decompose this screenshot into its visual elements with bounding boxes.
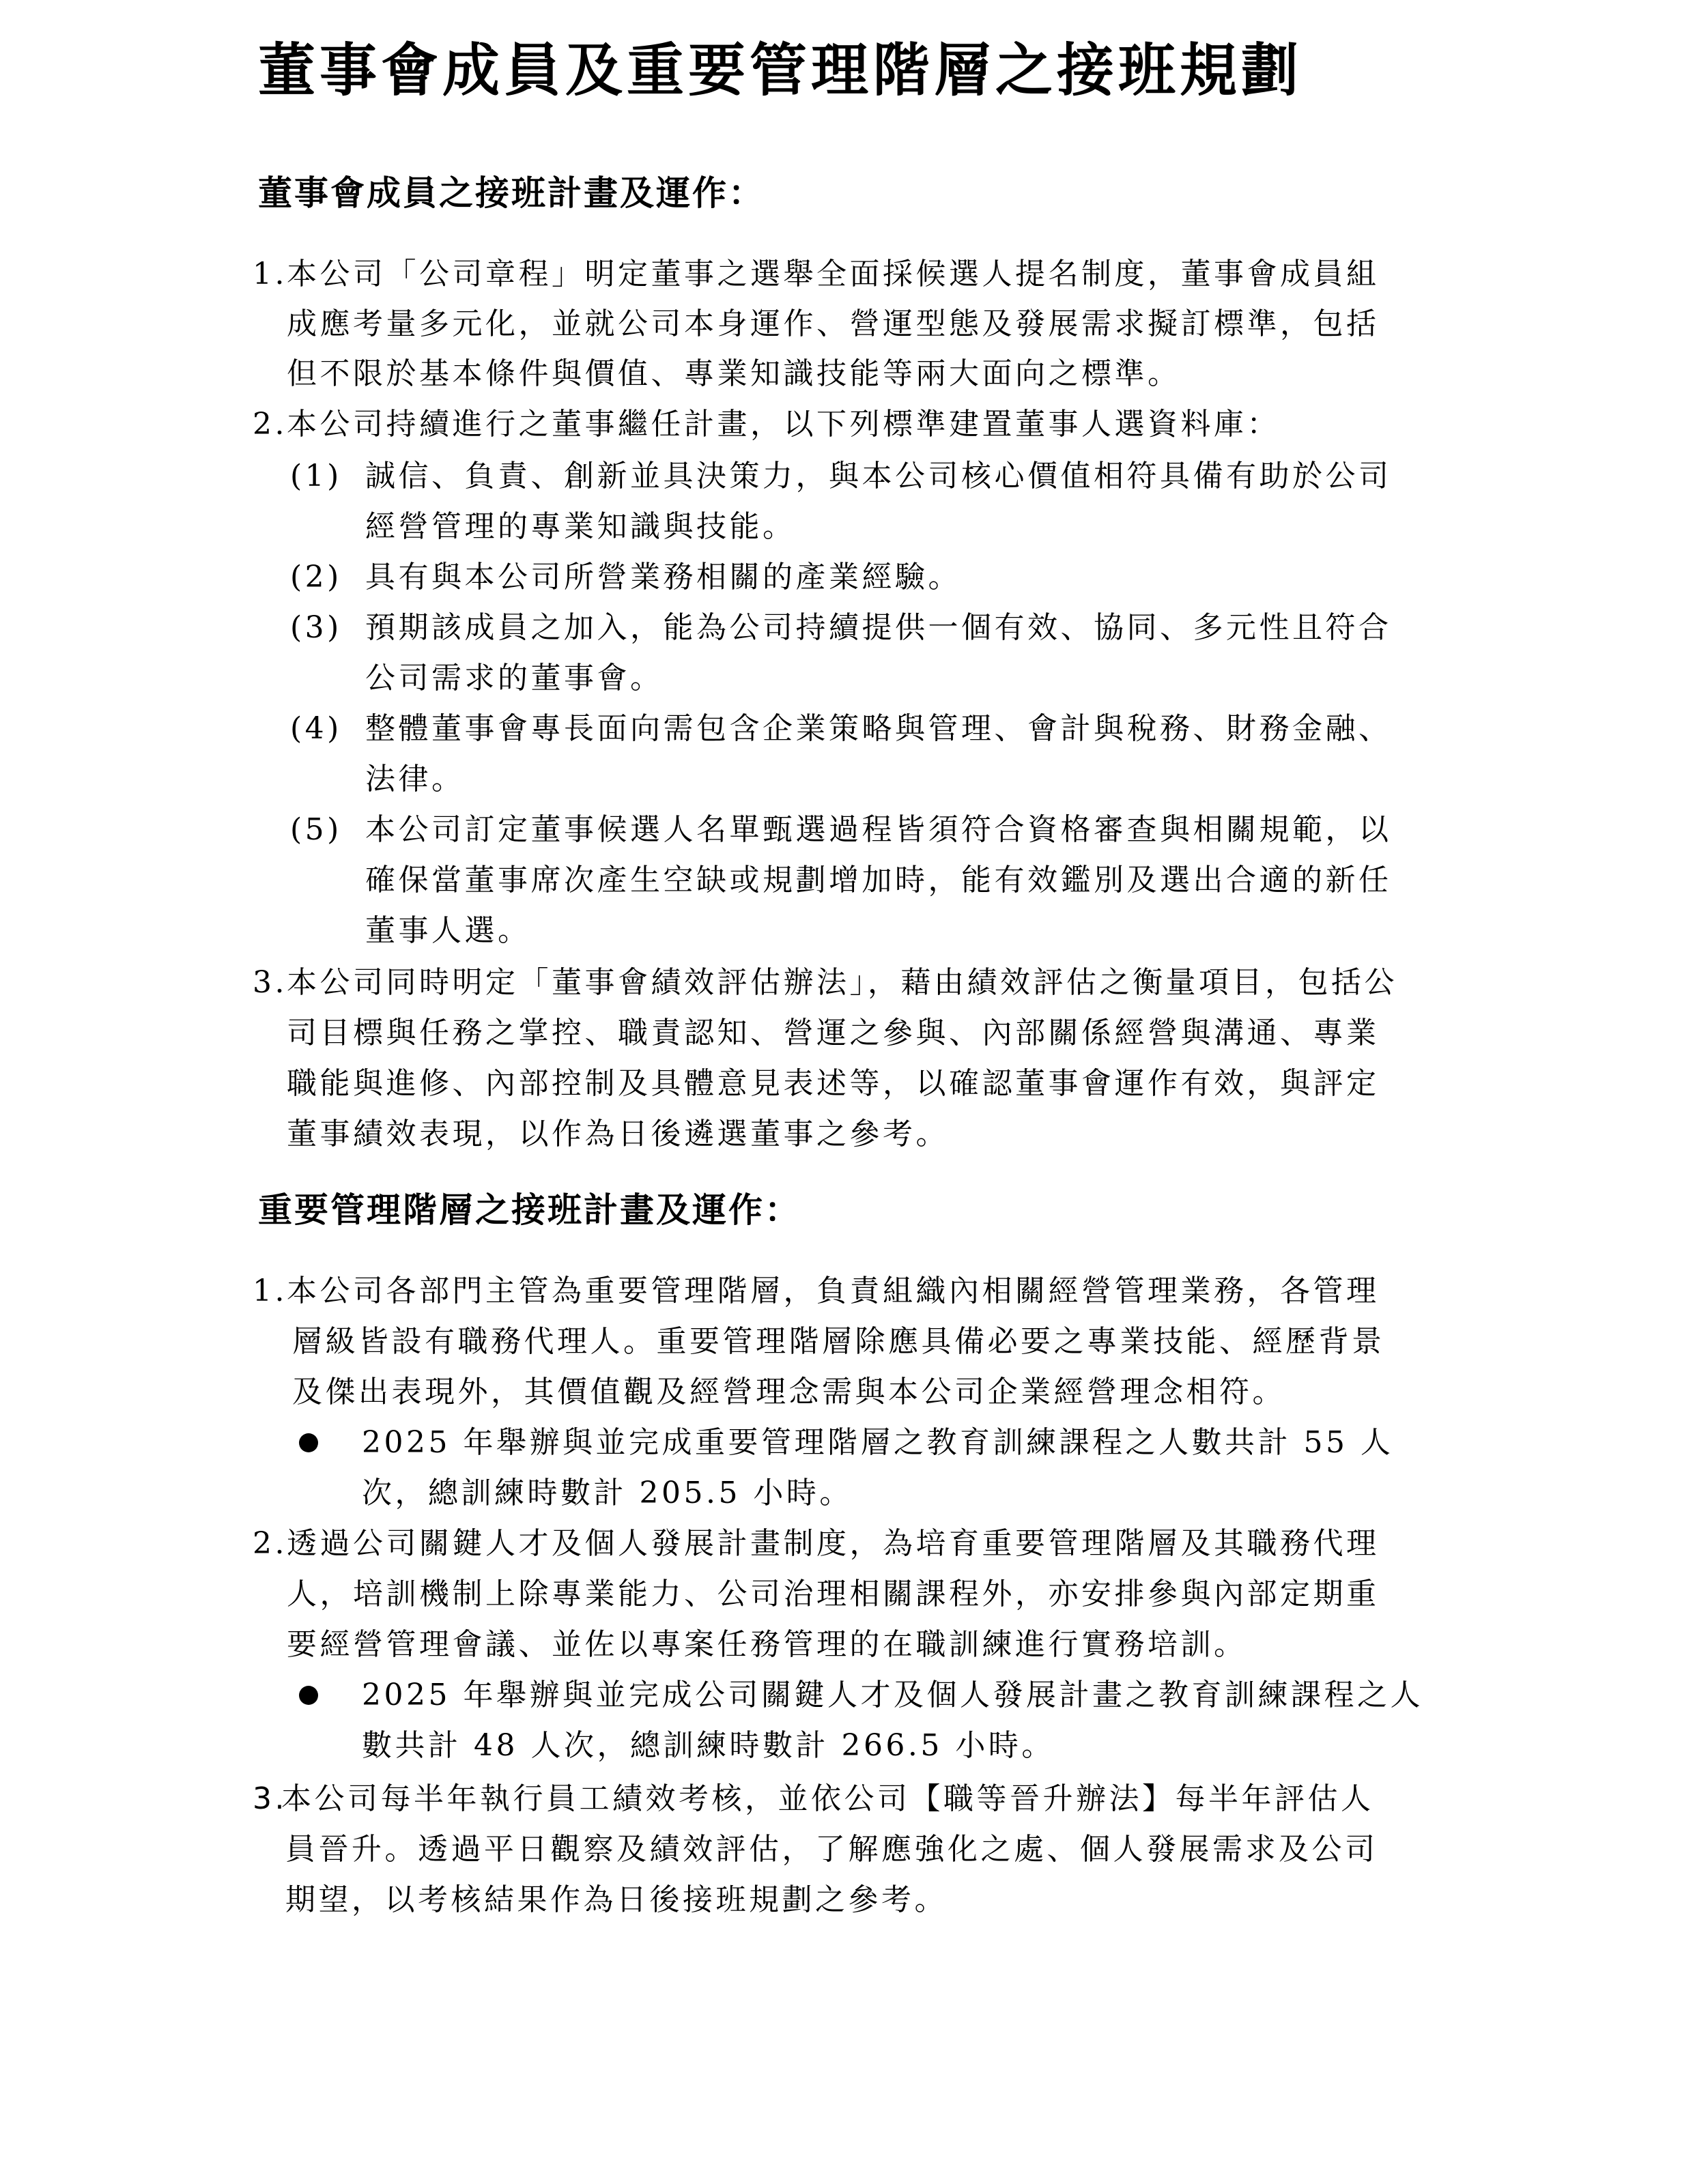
board-subitem5-line: 本公司訂定董事候選人名單甄選過程皆須符合資格審查與相關規範，以 <box>365 809 1392 850</box>
board-subitem2-line: 具有與本公司所營業務相關的產業經驗。 <box>365 557 961 598</box>
management-section-heading: 重要管理階層之接班計畫及運作： <box>258 1186 801 1234</box>
board-item1-marker: 1. <box>253 254 287 295</box>
board-item1-line: 本公司「公司章程」明定董事之選舉全面採候選人提名制度，董事會成員組 <box>287 254 1380 295</box>
board-subitem4-marker: (4) <box>290 708 342 749</box>
mgmt-item3-line: 本公司每半年執行員工績效考核，並依公司【職等晉升辦法】每半年評估人 <box>281 1779 1374 1820</box>
document-page: 董事會成員及重要管理階層之接班規劃 董事會成員之接班計畫及運作： 1. 本公司「… <box>0 0 1693 2184</box>
board-subitem3-line: 公司需求的董事會。 <box>365 658 664 699</box>
board-item1-line: 但不限於基本條件與價值、專業知識技能等兩大面向之標準。 <box>287 354 1181 394</box>
page-title: 董事會成員及重要管理階層之接班規劃 <box>258 33 1303 108</box>
bullet-icon <box>299 1433 318 1452</box>
mgmt-item3-line: 員晉升。透過平日觀察及績效評估，了解應強化之處、個人發展需求及公司 <box>285 1829 1378 1870</box>
board-subitem1-line: 誠信、負責、創新並具決策力，與本公司核心價值相符具備有助於公司 <box>365 456 1392 497</box>
board-subitem4-line: 法律。 <box>365 759 465 800</box>
board-subitem4-line: 整體董事會專長面向需包含企業策略與管理、會計與稅務、財務金融、 <box>365 708 1392 749</box>
board-item1-line: 成應考量多元化，並就公司本身運作、營運型態及發展需求擬訂標準，包括 <box>287 304 1380 345</box>
board-subitem5-marker: (5) <box>290 809 342 850</box>
board-item2-marker: 2. <box>253 404 287 445</box>
board-subitem1-marker: (1) <box>290 456 342 497</box>
mgmt-item1-line: 本公司各部門主管為重要管理階層，負責組織內相關經營管理業務，各管理 <box>287 1271 1380 1312</box>
mgmt-item3-line: 期望，以考核結果作為日後接班規劃之參考。 <box>285 1880 948 1921</box>
board-subitem3-line: 預期該成員之加入，能為公司持續提供一個有效、協同、多元性且符合 <box>365 607 1392 648</box>
mgmt-item1-marker: 1. <box>253 1271 287 1312</box>
board-item3-line: 本公司同時明定「董事會績效評估辦法」，藉由績效評估之衡量項目，包括公 <box>287 962 1397 1003</box>
mgmt-item2-bullet-line: 2025 年舉辦與並完成公司關鍵人才及個人發展計畫之教育訓練課程之人 <box>362 1675 1423 1716</box>
board-item2-line: 本公司持續進行之董事繼任計畫，以下列標準建置董事人選資料庫： <box>287 404 1280 445</box>
board-subitem3-marker: (3) <box>290 607 342 648</box>
mgmt-item1-bullet-line: 2025 年舉辦與並完成重要管理階層之教育訓練課程之人數共計 55 人 <box>362 1422 1393 1463</box>
board-subitem1-line: 經營管理的專業知識與技能。 <box>365 506 796 547</box>
mgmt-item1-line: 層級皆設有職務代理人。重要管理階層除應具備必要之專業技能、經歷背景 <box>292 1321 1385 1362</box>
mgmt-item2-line: 人，培訓機制上除專業能力、公司治理相關課程外，亦安排參與內部定期重 <box>287 1574 1380 1615</box>
board-item3-line: 職能與進修、內部控制及具體意見表述等，以確認董事會運作有效，與評定 <box>287 1063 1380 1104</box>
bullet-icon <box>299 1686 318 1705</box>
board-item3-line: 司目標與任務之掌控、職責認知、營運之參與、內部關係經營與溝通、專業 <box>287 1013 1380 1054</box>
mgmt-item2-marker: 2. <box>253 1523 287 1564</box>
mgmt-item2-bullet-line: 數共計 48 人次，總訓練時數計 266.5 小時。 <box>362 1725 1055 1766</box>
board-subitem5-line: 確保當董事席次產生空缺或規劃增加時，能有效鑑別及選出合適的新任 <box>365 860 1392 901</box>
board-item3-marker: 3. <box>253 962 287 1003</box>
board-section-heading: 董事會成員之接班計畫及運作： <box>258 169 765 217</box>
mgmt-item1-line: 及傑出表現外，其價值觀及經營理念需與本公司企業經營理念相符。 <box>292 1372 1285 1413</box>
board-item3-line: 董事績效表現，以作為日後遴選董事之參考。 <box>287 1114 949 1155</box>
board-subitem2-marker: (2) <box>290 557 342 598</box>
mgmt-item1-bullet-line: 次，總訓練時數計 205.5 小時。 <box>362 1473 853 1514</box>
mgmt-item2-line: 要經營管理會議、並佐以專案任務管理的在職訓練進行實務培訓。 <box>287 1624 1247 1665</box>
mgmt-item2-line: 透過公司關鍵人才及個人發展計畫制度，為培育重要管理階層及其職務代理 <box>287 1523 1380 1564</box>
board-subitem5-line: 董事人選。 <box>365 910 531 951</box>
